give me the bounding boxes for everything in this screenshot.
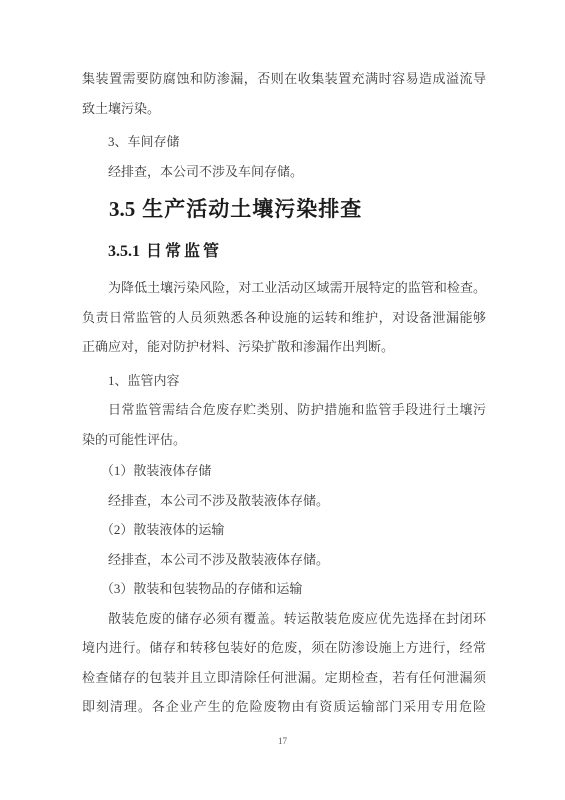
text-line: 为降低土壤污染风险，对工业活动区域需开展特定的监管和检查。 (82, 273, 486, 303)
text-line: 1、监管内容 (82, 366, 486, 396)
paragraph: （2）散装液体的运输 (82, 515, 486, 545)
paragraph: （3）散装和包装物品的存储和运输 (82, 574, 486, 604)
text-line: 负责日常监管的人员须熟悉各种设施的运转和维护，对设备泄漏能够 (82, 303, 486, 333)
heading-number: 3.5 (109, 197, 135, 221)
paragraph: 经排查，本公司不涉及车间存储。 (82, 157, 486, 187)
text-line: （2）散装液体的运输 (82, 515, 486, 545)
text-line: 经排查，本公司不涉及散装液体存储。 (82, 486, 486, 516)
text-line: 染的可能性评估。 (82, 425, 486, 455)
text-line: 经排查，本公司不涉及车间存储。 (82, 157, 486, 187)
paragraph: 3、车间存储 (82, 127, 486, 157)
text-line: 日常监管需结合危废存贮类别、防护措施和监管手段进行土壤污 (82, 395, 486, 425)
paragraph: 集装置需要防腐蚀和防渗漏，否则在收集装置充满时容易造成溢流导致土壤污染。 (82, 64, 486, 123)
text-line: （3）散装和包装物品的存储和运输 (82, 574, 486, 604)
text-line: 境内进行。储存和转移包装好的危废，须在防渗设施上方进行，经常 (82, 633, 486, 663)
paragraph: 日常监管需结合危废存贮类别、防护措施和监管手段进行土壤污染的可能性评估。 (82, 395, 486, 454)
paragraph: 为降低土壤污染风险，对工业活动区域需开展特定的监管和检查。负责日常监管的人员须熟… (82, 273, 486, 362)
paragraph: 散装危废的储存必须有覆盖。转运散装危废应优先选择在封闭环境内进行。储存和转移包装… (82, 604, 486, 722)
paragraph: 经排查，本公司不涉及散装液体存储。 (82, 486, 486, 516)
paragraph: （1）散装液体存储 (82, 456, 486, 486)
text-line: 致土壤污染。 (82, 94, 486, 124)
subsection-heading: 3.5.1日常监管 (82, 238, 486, 266)
heading-number: 3.5.1 (108, 243, 140, 260)
paragraph: 经排查，本公司不涉及散装液体存储。 (82, 545, 486, 575)
section-heading: 3.5生产活动土壤污染排查 (82, 192, 486, 229)
paragraph: 1、监管内容 (82, 366, 486, 396)
text-line: 集装置需要防腐蚀和防渗漏，否则在收集装置充满时容易造成溢流导 (82, 64, 486, 94)
text-line: 检查储存的包装并且立即清除任何泄漏。定期检查，若有任何泄漏须 (82, 663, 486, 693)
text-line: 即刻清理。各企业产生的危险废物由有资质运输部门采用专用危险 (82, 692, 486, 722)
text-line: （1）散装液体存储 (82, 456, 486, 486)
text-line: 3、车间存储 (82, 127, 486, 157)
text-line: 正确应对，能对防护材料、污染扩散和渗漏作出判断。 (82, 332, 486, 362)
page-number: 17 (0, 736, 565, 746)
heading-title: 生产活动土壤污染排查 (142, 198, 362, 221)
document-body: 集装置需要防腐蚀和防渗漏，否则在收集装置充满时容易造成溢流导致土壤污染。3、车间… (82, 64, 486, 722)
heading-title: 日常监管 (146, 243, 222, 260)
document-page: 集装置需要防腐蚀和防渗漏，否则在收集装置充满时容易造成溢流导致土壤污染。3、车间… (0, 0, 565, 800)
text-line: 散装危废的储存必须有覆盖。转运散装危废应优先选择在封闭环 (82, 604, 486, 634)
text-line: 经排查，本公司不涉及散装液体存储。 (82, 545, 486, 575)
